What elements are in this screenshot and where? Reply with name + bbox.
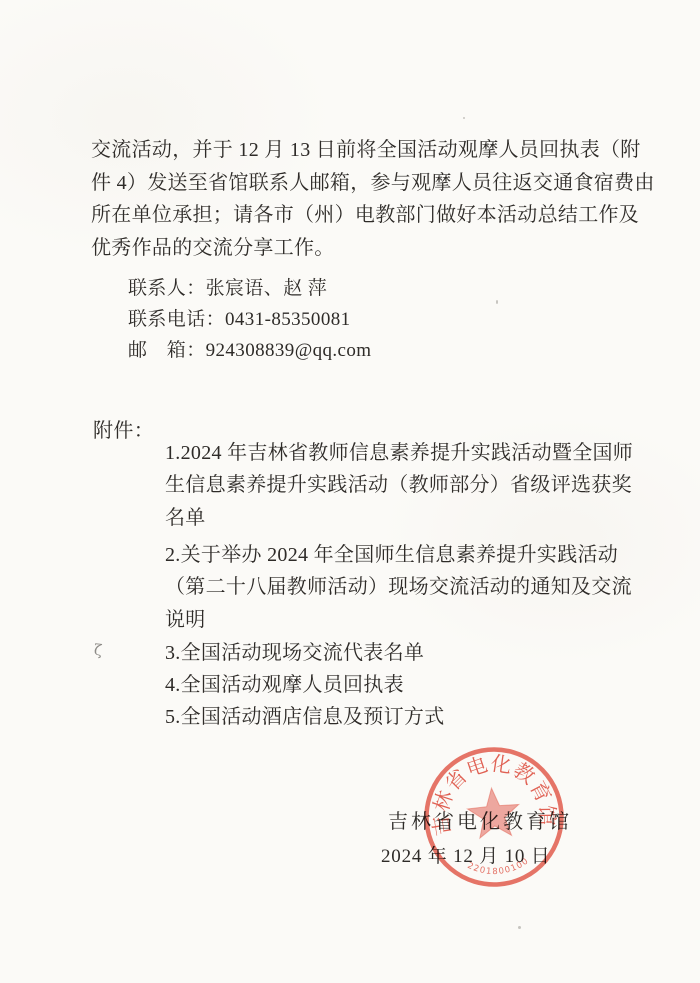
official-seal: 吉林省电化教育馆 2201800100 (413, 736, 576, 899)
attachment-line: （第二十八届教师活动）现场交流活动的通知及交流 (165, 571, 632, 603)
paragraph-line: 优秀作品的交流分享工作。 (91, 232, 655, 265)
star-icon (466, 786, 521, 839)
body-paragraph: 交流活动，并于 12 月 13 日前将全国活动观摩人员回执表（附 件 4）发送至… (91, 134, 655, 264)
attachment-line: 生信息素养提升实践活动（教师部分）省级评选获奖 (165, 469, 633, 501)
attachment-line: 说明 (165, 604, 632, 636)
paragraph-line: 件 4）发送至省馆联系人邮箱，参与观摩人员往返交通食宿费由 (91, 167, 655, 200)
handwritten-mark: ζ (93, 641, 103, 660)
attachment-line: 名单 (165, 502, 633, 534)
attachments-label: 附件： (93, 414, 154, 443)
contact-block: 联系人：张宸语、赵 萍 联系电话：0431-85350081 邮 箱：92430… (128, 273, 371, 366)
scan-speck (585, 490, 588, 493)
paragraph-line: 所在单位承担；请各市（州）电教部门做好本活动总结工作及 (91, 199, 655, 232)
scan-speck (518, 926, 521, 929)
contact-person: 联系人：张宸语、赵 萍 (128, 273, 371, 304)
attachment-item-5: 5.全国活动酒店信息及预订方式 (165, 701, 445, 733)
attachment-line: 1.2024 年吉林省教师信息素养提升实践活动暨全国师 (165, 437, 633, 469)
attachment-item-2: 2.关于举办 2024 年全国师生信息素养提升实践活动 （第二十八届教师活动）现… (165, 539, 632, 636)
scan-speck (463, 117, 465, 119)
contact-email: 邮 箱：924308839@qq.com (128, 335, 371, 366)
document-page: 交流活动，并于 12 月 13 日前将全国活动观摩人员回执表（附 件 4）发送至… (0, 0, 700, 983)
scan-speck (496, 300, 498, 304)
paragraph-line: 交流活动，并于 12 月 13 日前将全国活动观摩人员回执表（附 (91, 134, 655, 167)
attachment-item-1: 1.2024 年吉林省教师信息素养提升实践活动暨全国师 生信息素养提升实践活动（… (165, 437, 633, 534)
attachment-line: 2.关于举办 2024 年全国师生信息素养提升实践活动 (165, 539, 632, 571)
attachment-item-3: 3.全国活动现场交流代表名单 (165, 637, 424, 669)
contact-phone: 联系电话：0431-85350081 (128, 304, 371, 335)
attachment-item-4: 4.全国活动观摩人员回执表 (165, 669, 404, 701)
